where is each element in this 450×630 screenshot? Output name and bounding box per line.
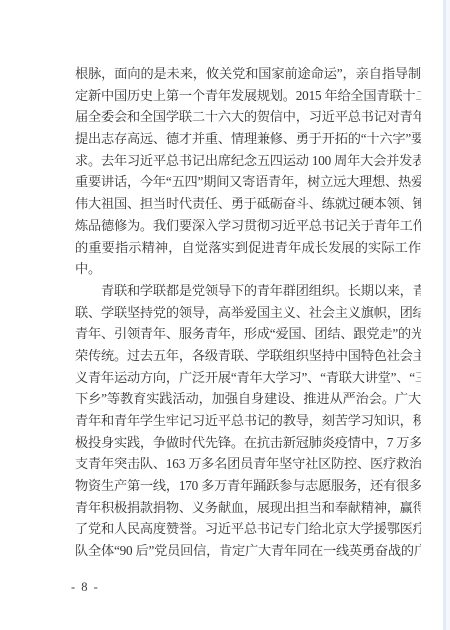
text-line: 中。 [75,258,421,280]
scan-edge-strip-light [446,0,450,630]
text-line: 炼品德修为。我们要深入学习贯彻习近平总书记关于青年工作 [75,215,421,237]
text-line: 下乡”等教育实践活动，加强自身建设、推进从严治会。广大 [75,388,421,410]
text-line: 极投身实践，争做时代先锋。在抗击新冠肺炎疫情中，7 万多 [75,432,421,454]
text-line: 物资生产第一线，170 多万青年踊跃参与志愿服务，还有很多 [75,475,421,497]
text-line: 的重要指示精神，自觉落实到促进青年成长发展的实际工作 [75,237,421,259]
text-line: 队全体“90 后”党员回信，肯定广大青年同在一线英勇奋战的广 [75,540,421,562]
text-line: 青年、引领青年、服务青年，形成“爱国、团结、跟党走”的光 [75,323,421,345]
paragraph-1: 根脉，面向的是未来，攸关党和国家前途命运”，亲自指导制 定新中国历史上第一个青年… [75,63,421,280]
text-line: 青联和学联都是党领导下的青年群团组织。长期以来，青 [75,280,421,302]
text-line: 联、学联坚持党的领导，高举爱国主义、社会主义旗帜，团结 [75,302,421,324]
text-line: 根脉，面向的是未来，攸关党和国家前途命运”，亲自指导制 [75,63,421,85]
document-body: 根脉，面向的是未来，攸关党和国家前途命运”，亲自指导制 定新中国历史上第一个青年… [75,63,421,562]
page-number: - 8 - [71,580,99,595]
text-line: 伟大祖国、担当时代责任、勇于砥砺奋斗、练就过硬本领、锤 [75,193,421,215]
text-line: 青年和青年学生牢记习近平总书记的教导，刻苦学习知识，积 [75,410,421,432]
text-line: 青年积极捐款捐物、义务献血，展现出担当和奉献精神，赢得 [75,497,421,519]
text-line: 义青年运动方向，广泛开展“青年大学习”、“青联大讲堂”、“三 [75,367,421,389]
text-line: 定新中国历史上第一个青年发展规划。2015 年给全国青联十二 [75,85,421,107]
text-line: 求。去年习近平总书记出席纪念五四运动 100 周年大会并发表 [75,150,421,172]
text-line: 支青年突击队、163 万多名团员青年坚守社区防控、医疗救治、 [75,453,421,475]
text-line: 重要讲话，今年“五四”期间又寄语青年，树立远大理想、热爱 [75,171,421,193]
paragraph-2: 青联和学联都是党领导下的青年群团组织。长期以来，青 联、学联坚持党的领导，高举爱… [75,280,421,562]
document-page: 根脉，面向的是未来，攸关党和国家前途命运”，亲自指导制 定新中国历史上第一个青年… [0,0,450,630]
text-line: 届全委会和全国学联二十六大的贺信中，习近平总书记对青年 [75,106,421,128]
text-line: 提出志存高远、德才并重、情理兼修、勇于开拓的“十六字”要 [75,128,421,150]
text-line: 了党和人民高度赞誉。习近平总书记专门给北京大学援鄂医疗 [75,518,421,540]
text-line: 荣传统。过去五年，各级青联、学联组织坚持中国特色社会主 [75,345,421,367]
